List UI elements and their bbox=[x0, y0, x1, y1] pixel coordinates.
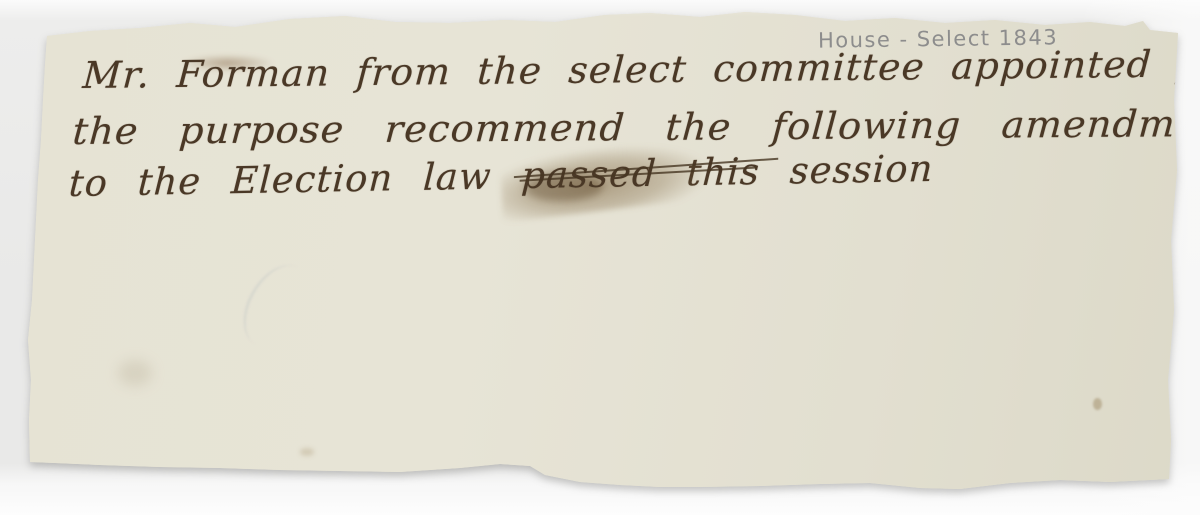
handwriting-line-3-prefix: to the Election law bbox=[68, 155, 493, 205]
paper-stain bbox=[300, 448, 314, 456]
handwriting-line-3-suffix: this session bbox=[685, 147, 934, 194]
struck-word-container: passed bbox=[520, 152, 658, 197]
paper-stain bbox=[1093, 398, 1102, 410]
paper-stain bbox=[118, 360, 152, 386]
handwriting-line-3: to the Election law passed this session bbox=[68, 147, 935, 205]
manuscript-paper: House - Select 1843 Mr. Forman from the … bbox=[0, 0, 1200, 515]
paper-shadow: House - Select 1843 Mr. Forman from the … bbox=[0, 0, 1200, 515]
handwriting-line-1: Mr. Forman from the select committee app… bbox=[81, 42, 1200, 97]
faint-pencil-squiggle bbox=[232, 254, 322, 358]
scan-background: House - Select 1843 Mr. Forman from the … bbox=[0, 0, 1200, 515]
